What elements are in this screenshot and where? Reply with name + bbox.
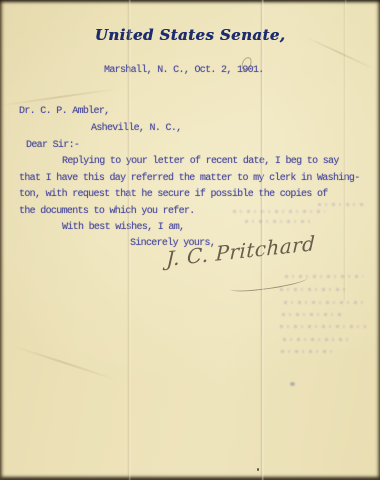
letter-scan: United States Senate, Marshall, N. C., O…	[0, 0, 380, 480]
ink-bleed-smudge	[280, 288, 350, 291]
paper-speck	[257, 468, 259, 471]
fold-crease	[0, 88, 119, 107]
ink-bleed-smudge	[280, 325, 366, 328]
ink-bleed-smudge	[283, 338, 351, 341]
fold-crease	[260, 0, 264, 480]
ink-bleed-smudge	[318, 203, 364, 206]
senate-letterhead: United States Senate,	[0, 26, 380, 44]
fold-crease	[12, 345, 117, 381]
ink-bleed-smudge	[284, 301, 368, 304]
body-line: ton, with request that he secure if poss…	[19, 189, 328, 201]
salutation: Dear Sir:-	[26, 140, 79, 152]
ink-bleed-smudge	[285, 275, 363, 278]
recipient-address: Asheville, N. C.,	[91, 123, 181, 135]
fold-crease	[343, 0, 347, 300]
body-line: that I have this day referred the matter…	[19, 173, 360, 185]
ink-speck	[290, 382, 295, 386]
body-line: the documents to which you refer.	[19, 206, 195, 218]
ink-bleed-smudge	[282, 313, 344, 316]
ink-bleed-smudge	[245, 220, 315, 223]
body-line: Replying to your letter of recent date, …	[62, 156, 339, 168]
fold-crease	[127, 0, 131, 480]
ink-bleed-smudge	[281, 350, 333, 353]
ink-bleed-smudge	[233, 210, 325, 213]
closing-line: With best wishes, I am,	[62, 222, 184, 234]
recipient-name: Dr. C. P. Ambler,	[19, 106, 109, 118]
